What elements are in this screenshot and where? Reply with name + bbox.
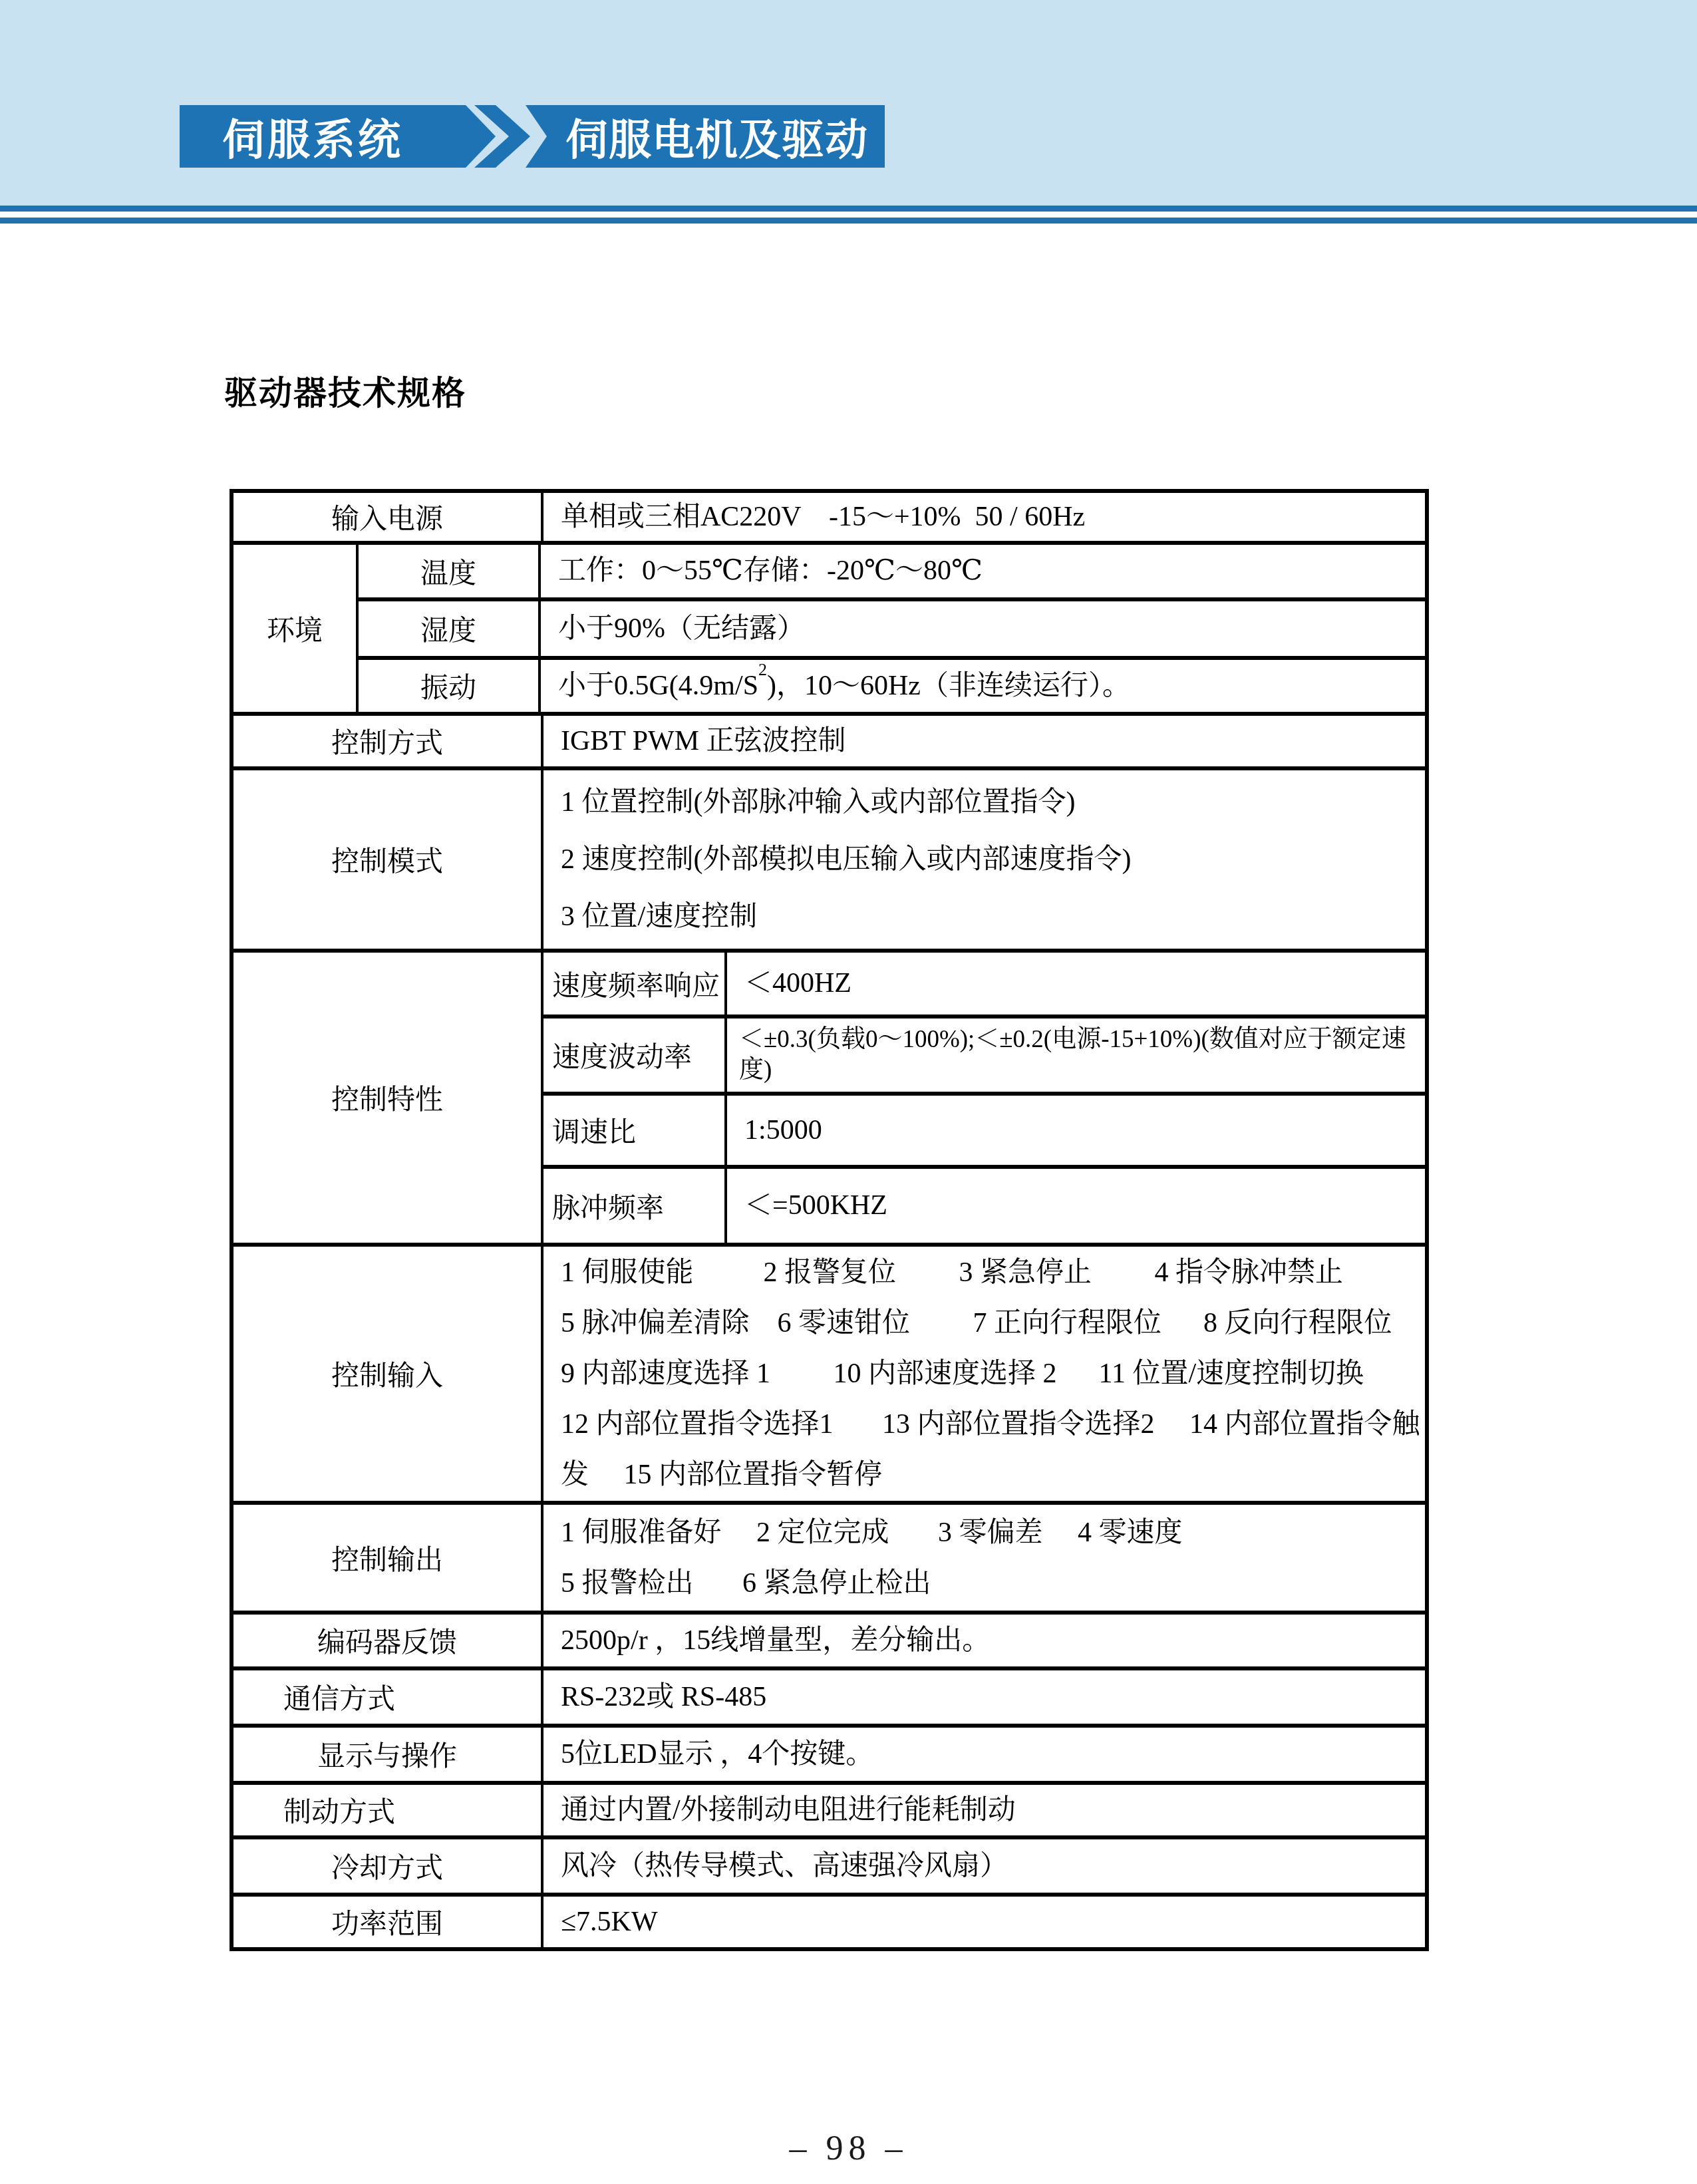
control-mode-line: 2 速度控制(外部模拟电压输入或内部速度指令) — [561, 831, 1425, 888]
table-row-temperature: 温度 工作：0～55℃存储：-20℃～80℃ — [359, 545, 1425, 601]
table-row-display-operation: 显示与操作 5位LED显示 ，4个按键。 — [233, 1728, 1425, 1785]
table-row-control-characteristics: 控制特性 速度频率响应 ＜400HZ 速度波动率 ＜±0.3(负载0～100%)… — [233, 953, 1425, 1247]
control-input-line: 9 内部速度选择 1 10 内部速度选择 2 11 位置/速度控制切换 — [561, 1348, 1425, 1399]
row-value: 5位LED显示 ，4个按键。 — [543, 1728, 1425, 1781]
table-row-pulse-frequency: 脉冲频率 ＜=500KHZ — [543, 1169, 1425, 1243]
table-row-communication: 通信方式 RS-232或 RS-485 — [233, 1670, 1425, 1728]
row-value: ＜400HZ — [727, 953, 1425, 1014]
banner-tab-servo-motor-drive: 伺服电机及驱动 — [565, 108, 868, 164]
table-row-encoder-feedback: 编码器反馈 2500p/r ，15线增量型，差分输出。 — [233, 1615, 1425, 1670]
row-label: 控制模式 — [233, 770, 543, 949]
row-value: 小于0.5G(4.9m/S2)，10～60Hz（非连续运行）。 — [541, 660, 1425, 712]
row-value: 2500p/r ，15线增量型，差分输出。 — [543, 1615, 1425, 1666]
catalog-page: { "colors": { "header_light_blue": "#c8e… — [0, 0, 1697, 2184]
table-row-control-input: 控制输入 1 伺服使能 2 报警复位 3 紧急停止 4 指令脉冲禁止 5 脉冲偏… — [233, 1247, 1425, 1505]
table-row-control-mode: 控制模式 1 位置控制(外部脉冲输入或内部位置指令) 2 速度控制(外部模拟电压… — [233, 770, 1425, 953]
page-number: – 98 – — [0, 2129, 1697, 2168]
control-input-lines: 1 伺服使能 2 报警复位 3 紧急停止 4 指令脉冲禁止 5 脉冲偏差清除 6… — [543, 1247, 1425, 1501]
row-value: 小于90%（无结露） — [541, 601, 1425, 656]
row-label: 输入电源 — [233, 493, 543, 541]
row-label: 脉冲频率 — [543, 1169, 727, 1243]
group-label-control-characteristics: 控制特性 — [233, 953, 543, 1243]
row-label: 调速比 — [543, 1096, 727, 1165]
control-mode-line: 1 位置控制(外部脉冲输入或内部位置指令) — [561, 774, 1425, 831]
row-label: 冷却方式 — [233, 1839, 543, 1893]
row-label: 控制方式 — [233, 716, 543, 766]
row-value: 工作：0～55℃存储：-20℃～80℃ — [541, 545, 1425, 597]
row-value: 风冷（热传导模式、高速强冷风扇） — [543, 1839, 1425, 1893]
control-output-lines: 1 伺服准备好 2 定位完成 3 零偏差 4 零速度 5 报警检出 6 紧急停止… — [543, 1505, 1425, 1611]
table-row-braking: 制动方式 通过内置/外接制动电阻进行能耗制动 — [233, 1785, 1425, 1839]
row-label: 温度 — [359, 545, 541, 597]
table-row-input-power: 输入电源 单相或三相AC220V -15～+10% 50 / 60Hz — [233, 493, 1425, 545]
row-label: 控制输入 — [233, 1247, 543, 1501]
row-label: 功率范围 — [233, 1897, 543, 1947]
control-input-line: 5 脉冲偏差清除 6 零速钳位 7 正向行程限位 8 反向行程限位 — [561, 1298, 1425, 1348]
row-value: ＜=500KHZ — [727, 1169, 1425, 1243]
row-label: 控制输出 — [233, 1505, 543, 1611]
vibration-value-pre: 小于0.5G(4.9m/S — [558, 669, 758, 704]
row-value: 通过内置/外接制动电阻进行能耗制动 — [543, 1785, 1425, 1835]
control-input-line: 12 内部位置指令选择1 13 内部位置指令选择2 14 内部位置指令触 — [561, 1399, 1425, 1450]
control-output-line: 5 报警检出 6 紧急停止检出 — [561, 1558, 1425, 1609]
row-label: 通信方式 — [233, 1670, 543, 1724]
row-label: 湿度 — [359, 601, 541, 656]
driver-spec-table: 输入电源 单相或三相AC220V -15～+10% 50 / 60Hz 环境 温… — [230, 489, 1429, 1951]
row-value: IGBT PWM 正弦波控制 — [543, 716, 1425, 766]
environment-subrows: 温度 工作：0～55℃存储：-20℃～80℃ 湿度 小于90%（无结露） 振动 … — [359, 545, 1425, 712]
control-mode-lines: 1 位置控制(外部脉冲输入或内部位置指令) 2 速度控制(外部模拟电压输入或内部… — [543, 770, 1425, 949]
row-value: ≤7.5KW — [543, 1897, 1425, 1947]
table-row-cooling: 冷却方式 风冷（热传导模式、高速强冷风扇） — [233, 1839, 1425, 1897]
table-row-speed-fluctuation: 速度波动率 ＜±0.3(负载0～100%);＜±0.2(电源-15+10%)(数… — [543, 1018, 1425, 1096]
control-characteristics-subrows: 速度频率响应 ＜400HZ 速度波动率 ＜±0.3(负载0～100%);＜±0.… — [543, 953, 1425, 1243]
row-label: 显示与操作 — [233, 1728, 543, 1781]
row-label: 制动方式 — [233, 1785, 543, 1835]
control-input-line: 发 15 内部位置指令暂停 — [561, 1450, 1425, 1500]
table-row-control-method: 控制方式 IGBT PWM 正弦波控制 — [233, 716, 1425, 770]
header-divider-stripe-top — [0, 206, 1697, 212]
control-input-line: 1 伺服使能 2 报警复位 3 紧急停止 4 指令脉冲禁止 — [561, 1247, 1425, 1298]
control-mode-line: 3 位置/速度控制 — [561, 888, 1425, 945]
banner-tab-servo-system: 伺服系统 — [222, 108, 403, 164]
table-row-power-range: 功率范围 ≤7.5KW — [233, 1897, 1425, 1947]
page-title: 驱动器技术规格 — [224, 367, 466, 414]
row-value: RS-232或 RS-485 — [543, 1670, 1425, 1724]
table-row-control-output: 控制输出 1 伺服准备好 2 定位完成 3 零偏差 4 零速度 5 报警检出 6… — [233, 1505, 1425, 1615]
row-value: 1:5000 — [727, 1096, 1425, 1165]
table-row-speed-freq-response: 速度频率响应 ＜400HZ — [543, 953, 1425, 1018]
control-output-line: 1 伺服准备好 2 定位完成 3 零偏差 4 零速度 — [561, 1507, 1425, 1558]
table-row-humidity: 湿度 小于90%（无结露） — [359, 601, 1425, 660]
table-row-vibration: 振动 小于0.5G(4.9m/S2)，10～60Hz（非连续运行）。 — [359, 660, 1425, 712]
table-row-environment: 环境 温度 工作：0～55℃存储：-20℃～80℃ 湿度 小于90%（无结露） … — [233, 545, 1425, 716]
row-value: 单相或三相AC220V -15～+10% 50 / 60Hz — [543, 493, 1425, 541]
group-label-environment: 环境 — [233, 545, 359, 712]
vibration-value-post: )，10～60Hz（非连续运行）。 — [767, 669, 1130, 704]
row-value: ＜±0.3(负载0～100%);＜±0.2(电源-15+10%)(数值对应于额定… — [727, 1018, 1425, 1092]
row-label: 速度波动率 — [543, 1018, 727, 1092]
row-label: 编码器反馈 — [233, 1615, 543, 1666]
row-label: 速度频率响应 — [543, 953, 727, 1014]
header-divider-stripe-bottom — [0, 218, 1697, 224]
row-label: 振动 — [359, 660, 541, 712]
table-row-speed-ratio: 调速比 1:5000 — [543, 1096, 1425, 1169]
